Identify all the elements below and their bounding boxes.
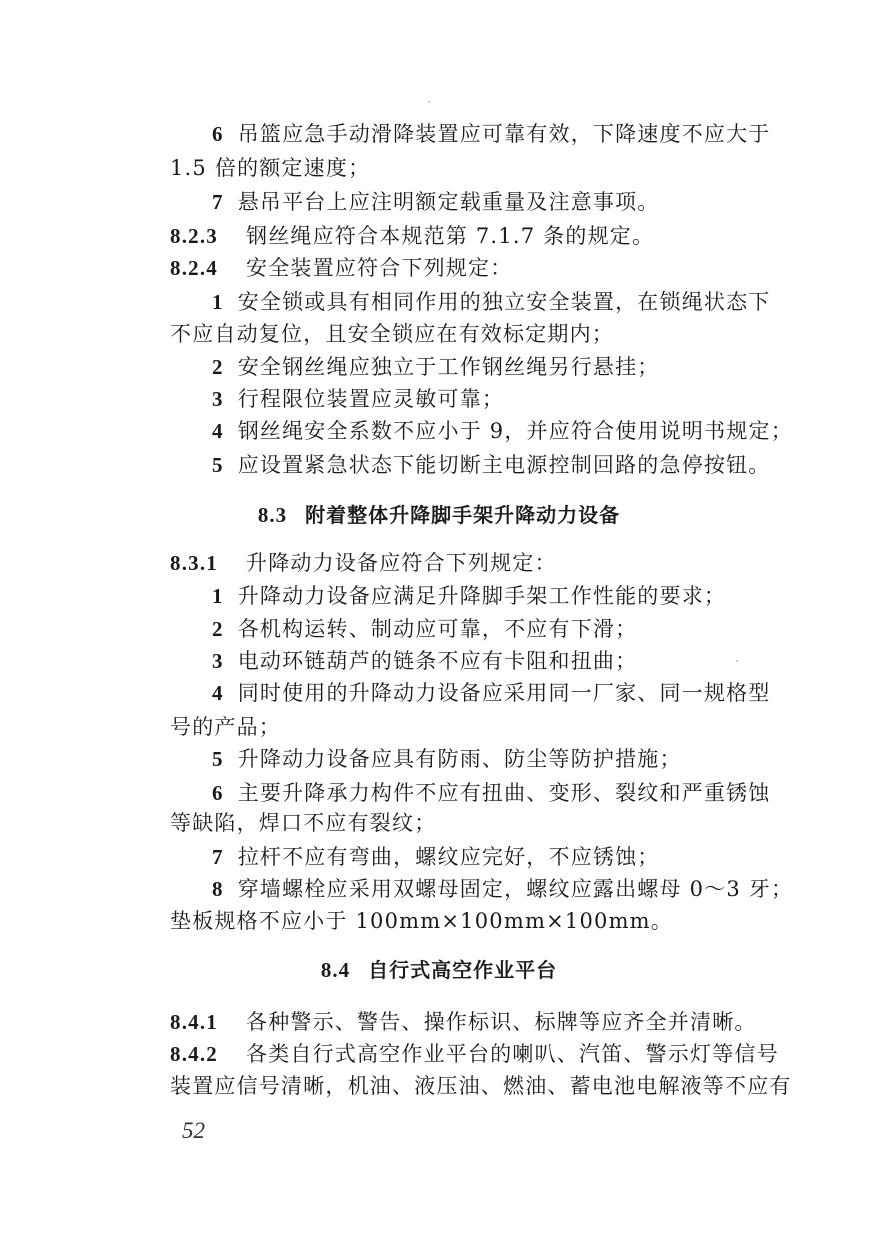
continuation-line: 不应自动复位，且安全锁应在有效标定期内； <box>170 318 790 350</box>
item-number: 4 <box>212 677 224 709</box>
clause-number: 8.2.4 <box>170 252 246 284</box>
item-text: 等缺陷，焊口不应有裂纹； <box>170 811 436 835</box>
scan-speck <box>736 660 738 662</box>
continuation-line: 1.5 倍的额定速度； <box>170 152 790 184</box>
item-text: 钢丝绳安全系数不应小于 9，并应符合使用说明书规定； <box>238 419 793 443</box>
clause-text: 装置应信号清晰，机油、液压油、燃油、蓄电池电解液等不应有 <box>170 1074 792 1098</box>
item-number: 8 <box>212 873 224 905</box>
document-page: 6吊篮应急手动滑降装置应可靠有效，下降速度不应大于 1.5 倍的额定速度； 7悬… <box>0 0 878 1241</box>
item-number: 5 <box>212 743 224 775</box>
item-text: 垫板规格不应小于 100mm×100mm×100mm。 <box>170 909 673 933</box>
continuation-line: 等缺陷，焊口不应有裂纹； <box>170 807 790 839</box>
item-text: 各机构运转、制动应可靠，不应有下滑； <box>238 617 638 641</box>
section-number: 8.3 <box>258 503 287 527</box>
item-text: 不应自动复位，且安全锁应在有效标定期内； <box>170 322 614 346</box>
clause-number: 8.2.3 <box>170 220 246 252</box>
list-item: 6吊篮应急手动滑降装置应可靠有效，下降速度不应大于 <box>212 118 832 150</box>
list-item: 2安全钢丝绳应独立于工作钢丝绳另行悬挂； <box>212 351 832 383</box>
item-text: 1.5 倍的额定速度； <box>170 156 370 180</box>
list-item: 6主要升降承力构件不应有扭曲、变形、裂纹和严重锈蚀 <box>212 777 832 809</box>
clause: 8.3.1升降动力设备应符合下列规定： <box>170 547 790 579</box>
item-number: 6 <box>212 777 224 809</box>
clause-number: 8.3.1 <box>170 547 246 579</box>
list-item: 8穿墙螺栓应采用双螺母固定，螺纹应露出螺母 0～3 牙； <box>212 873 832 905</box>
list-item: 1安全锁或具有相同作用的独立安全装置，在锁绳状态下 <box>212 286 832 318</box>
item-number: 7 <box>212 841 224 873</box>
list-item: 1升降动力设备应满足升降脚手架工作性能的要求； <box>212 580 832 612</box>
list-item: 5升降动力设备应具有防雨、防尘等防护措施； <box>212 743 832 775</box>
continuation-line: 垫板规格不应小于 100mm×100mm×100mm。 <box>170 905 790 937</box>
item-text: 升降动力设备应具有防雨、防尘等防护措施； <box>238 747 682 771</box>
clause-text: 各类自行式高空作业平台的喇叭、汽笛、警示灯等信号 <box>246 1042 779 1066</box>
item-number: 4 <box>212 415 224 447</box>
clause-number: 8.4.2 <box>170 1038 246 1070</box>
continuation-line: 号的产品； <box>170 711 790 743</box>
item-text: 安全钢丝绳应独立于工作钢丝绳另行悬挂； <box>238 355 660 379</box>
item-text: 行程限位装置应灵敏可靠； <box>238 387 504 411</box>
list-item: 3电动环链葫芦的链条不应有卡阻和扭曲； <box>212 645 832 677</box>
list-item: 4同时使用的升降动力设备应采用同一厂家、同一规格型 <box>212 677 832 709</box>
continuation-line: 装置应信号清晰，机油、液压油、燃油、蓄电池电解液等不应有 <box>170 1070 790 1102</box>
clause: 8.2.3钢丝绳应符合本规范第 7.1.7 条的规定。 <box>170 220 790 252</box>
clause-text: 各种警示、警告、操作标识、标牌等应齐全并清晰。 <box>246 1010 757 1034</box>
item-text: 电动环链葫芦的链条不应有卡阻和扭曲； <box>238 649 638 673</box>
item-number: 1 <box>212 286 224 318</box>
item-number: 3 <box>212 383 224 415</box>
scan-speck <box>428 101 430 103</box>
list-item: 3行程限位装置应灵敏可靠； <box>212 383 832 415</box>
clause: 8.4.1各种警示、警告、操作标识、标牌等应齐全并清晰。 <box>170 1006 790 1038</box>
clause-text: 钢丝绳应符合本规范第 7.1.7 条的规定。 <box>246 224 654 248</box>
item-text: 号的产品； <box>170 715 281 739</box>
section-heading: 8.4自行式高空作业平台 <box>0 954 878 986</box>
list-item: 5应设置紧急状态下能切断主电源控制回路的急停按钮。 <box>212 449 832 481</box>
item-number: 3 <box>212 645 224 677</box>
item-text: 穿墙螺栓应采用双螺母固定，螺纹应露出螺母 0～3 牙； <box>238 877 793 901</box>
item-number: 5 <box>212 449 224 481</box>
clause-number: 8.4.1 <box>170 1006 246 1038</box>
item-number: 2 <box>212 351 224 383</box>
item-text: 同时使用的升降动力设备应采用同一厂家、同一规格型 <box>238 681 771 705</box>
section-title: 自行式高空作业平台 <box>368 958 557 982</box>
section-heading: 8.3附着整体升降脚手架升降动力设备 <box>0 499 878 531</box>
list-item: 7悬吊平台上应注明额定载重量及注意事项。 <box>212 186 832 218</box>
clause-text: 升降动力设备应符合下列规定： <box>246 551 557 575</box>
list-item: 7拉杆不应有弯曲，螺纹应完好，不应锈蚀； <box>212 841 832 873</box>
item-number: 1 <box>212 580 224 612</box>
item-text: 升降动力设备应满足升降脚手架工作性能的要求； <box>238 584 726 608</box>
item-text: 应设置紧急状态下能切断主电源控制回路的急停按钮。 <box>238 453 771 477</box>
page-number: 52 <box>182 1118 205 1144</box>
clause: 8.4.2各类自行式高空作业平台的喇叭、汽笛、警示灯等信号 <box>170 1038 790 1070</box>
section-number: 8.4 <box>321 958 350 982</box>
section-title: 附着整体升降脚手架升降动力设备 <box>305 503 620 527</box>
item-text: 悬吊平台上应注明额定载重量及注意事项。 <box>238 190 660 214</box>
item-text: 拉杆不应有弯曲，螺纹应完好，不应锈蚀； <box>238 845 660 869</box>
clause: 8.2.4安全装置应符合下列规定： <box>170 252 790 284</box>
clause-text: 安全装置应符合下列规定： <box>246 256 512 280</box>
item-number: 7 <box>212 186 224 218</box>
item-text: 吊篮应急手动滑降装置应可靠有效，下降速度不应大于 <box>238 122 771 146</box>
list-item: 4钢丝绳安全系数不应小于 9，并应符合使用说明书规定； <box>212 415 832 447</box>
item-text: 主要升降承力构件不应有扭曲、变形、裂纹和严重锈蚀 <box>238 781 771 805</box>
item-number: 6 <box>212 118 224 150</box>
item-text: 安全锁或具有相同作用的独立安全装置，在锁绳状态下 <box>238 290 771 314</box>
item-number: 2 <box>212 613 224 645</box>
list-item: 2各机构运转、制动应可靠，不应有下滑； <box>212 613 832 645</box>
